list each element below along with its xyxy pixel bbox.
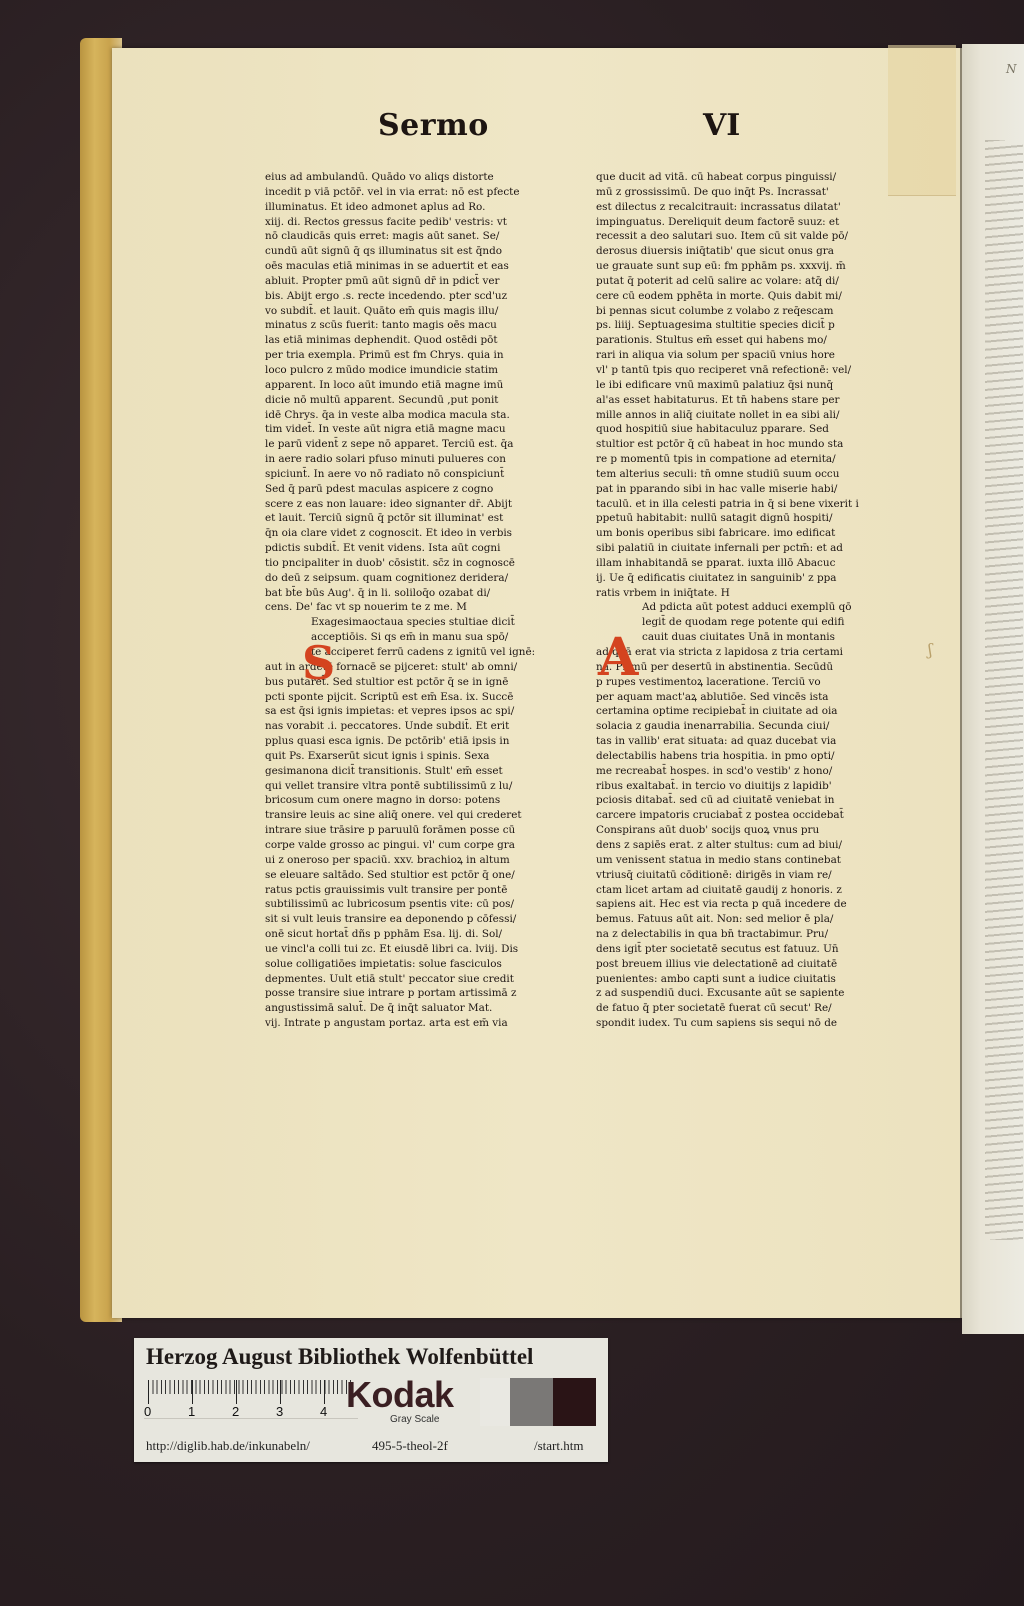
gray-swatch-white [480, 1378, 510, 1426]
red-initial-left: S [302, 640, 335, 686]
text-line: ratis vrbem in iniq̄tate. H [596, 586, 926, 601]
text-line: solue colligatiōes impietatis: solue fas… [265, 957, 587, 972]
text-line: stultior est pctōr q̄ cū habeat in hoc m… [596, 437, 926, 452]
ruler-number: 1 [188, 1404, 195, 1419]
text-line: mille annos in aliq̄ ciuitate nollet in … [596, 408, 926, 423]
text-line: cens. De' fac vt sp nouerim te z me. M [265, 600, 587, 615]
text-line: bis. Abijt ergo .s. recte incedendo. pte… [265, 289, 587, 304]
text-line: pciosis ditabat̄. sed cū ad ciuitatē ven… [596, 793, 926, 808]
ruler-major-tick [148, 1380, 149, 1404]
text-line: ij. Ue q̄ edificatis ciuitatez in sangui… [596, 571, 926, 586]
text-line: z ad suspendiū duci. Excusante aūt se sa… [596, 986, 926, 1001]
text-line: per tria exempla. Primū est fm Chrys. qu… [265, 348, 587, 363]
url-suffix: /start.htm [534, 1438, 583, 1454]
text-line: pat in pparando sibi in hac valle miseri… [596, 482, 926, 497]
text-line: ratus pctis grauissimis vult transire pe… [265, 883, 587, 898]
text-line: p rupes vestimentoꝝ laceratione. Terciū … [596, 675, 926, 690]
text-line: quit Ps. Exarserūt sicut ignis i spinis.… [265, 749, 587, 764]
text-line: pdictis subdit̄. Et venit videns. Ista a… [265, 541, 587, 556]
text-line: sa est q̄si ignis impietas: et vepres ip… [265, 704, 587, 719]
text-line: intrare siue trāsire p paruulū forāmen p… [265, 823, 587, 838]
text-line: Conspirans aūt duob' socijs quoꝝ vnus pr… [596, 823, 926, 838]
text-line: cundū aūt signū q̄ qs illuminatus sit es… [265, 244, 587, 259]
color-target-card: Herzog August Bibliothek Wolfenbüttel 0 … [134, 1338, 608, 1462]
ruler-number: 3 [276, 1404, 283, 1419]
text-line: um venissent statua in medio stans conti… [596, 853, 926, 868]
text-line: puenientes: ambo capti sunt a iudice ciu… [596, 972, 926, 987]
text-line: tim videt̄. In veste aūt nigra etiā magn… [265, 422, 587, 437]
margin-ornament-icon: ʃ [928, 640, 932, 659]
text-line: ribus exaltabat̄. in tercio vo diuitijs … [596, 779, 926, 794]
text-line: sapiens ait. Hec est via recta p quā inc… [596, 897, 926, 912]
text-line: bi pennas sicut columbe z volabo z req̄e… [596, 304, 926, 319]
text-line: transire leuis ac sine aliq̄ onere. vel … [265, 808, 587, 823]
text-line: incedit p viā pctōr̄. vel in via errat: … [265, 185, 587, 200]
text-line: impinguatus. Dereliquit deum factorē suu… [596, 215, 926, 230]
text-line: delectabilis habens tria hospitia. in pm… [596, 749, 926, 764]
text-line: se eleuare saltādo. Sed stultior est pct… [265, 868, 587, 883]
text-line: ui z oneroso per spaciū. xxv. brachioꝝ i… [265, 853, 587, 868]
grayscale-label: Gray Scale [390, 1414, 439, 1425]
text-line: Sed q̄ parū pdest maculas aspicere z cog… [265, 482, 587, 497]
text-line: recessit a deo salutari suo. Item cū sit… [596, 229, 926, 244]
text-line: gesimanona dicit̄ transitionis. Stult' e… [265, 764, 587, 779]
gutter [960, 48, 962, 1318]
text-line: in aere radio solari pfuso minuti puluer… [265, 452, 587, 467]
text-line: que ducit ad vitā. cū habeat corpus ping… [596, 170, 926, 185]
text-line: ue vincl'a colli tui zc. Et eiusdē libri… [265, 942, 587, 957]
text-column-right: que ducit ad vitā. cū habeat corpus ping… [596, 170, 926, 1031]
text-line: est dilectus z recalcitrauit: incrassatu… [596, 200, 926, 215]
text-line: ad quā erat via stricta z lapidosa z tri… [596, 645, 926, 660]
text-line: quod hospitiū siue habitaculuz pparare. … [596, 422, 926, 437]
text-line: las etiā minimas dephendit. Quod ostēdi … [265, 333, 587, 348]
text-line: onē sicut hortat̄ dñs p pphām Esa. lij. … [265, 927, 587, 942]
text-line: cauit duas ciuitates Unā in montanis [596, 630, 926, 645]
running-head-number: VI [703, 108, 740, 143]
text-line: al'as esset habitaturus. Et tn̄ habens s… [596, 393, 926, 408]
text-line: solacia z gaudia inenarrabilia. Secunda … [596, 719, 926, 734]
url-prefix: http://diglib.hab.de/inkunabeln/ [146, 1438, 310, 1454]
text-line: vij. Intrate p angustam portaz. arta est… [265, 1016, 587, 1031]
text-line: me recreabat̄ hospes. in scd'o vestib' z… [596, 764, 926, 779]
text-line: subtilissimū ac lubricosum psentis vite:… [265, 897, 587, 912]
text-line: post breuem illius vie delectationē ad c… [596, 957, 926, 972]
text-line: angustissimā salut̄. De q̄ inq̄t saluato… [265, 1001, 587, 1016]
text-line: scere z eas non lauare: ideo signanter d… [265, 497, 587, 512]
text-line: vl' p tantū tpis quo reciperet vnā refec… [596, 363, 926, 378]
text-line: vo subdit̄. et lauit. Quāto em̄ quis mag… [265, 304, 587, 319]
text-line: abluit. Propter pmū aūt signū dr̄ in pdi… [265, 274, 587, 289]
text-line: Ad pdicta aūt potest adduci exemplū qō [596, 600, 926, 615]
text-line: um bonis operibus sibi fabricare. imo ed… [596, 526, 926, 541]
text-line: pcti sponte pijcit. Scriptū est em̄ Esa.… [265, 690, 587, 705]
gray-swatch-mid [510, 1378, 553, 1426]
text-line: tas in vallib' erat situata: ad quaz duc… [596, 734, 926, 749]
text-line: posse transire siue intrare p portam art… [265, 986, 587, 1001]
ruler-number: 0 [144, 1404, 151, 1419]
text-line: do deū z seipsum. quam cognitionez derid… [265, 571, 587, 586]
text-line: bricosum cum onere magno in dorso: poten… [265, 793, 587, 808]
text-line: le parū vident̄ z sepe nō apparet. Terci… [265, 437, 587, 452]
text-line: illam inhabitandā se pparat. iuxta illō … [596, 556, 926, 571]
text-line: ps. liiij. Septuagesima stultitie specie… [596, 318, 926, 333]
facing-page-mark: N [1006, 62, 1017, 76]
text-line: de fatuo q̄ pter societatē fuerat cū sec… [596, 1001, 926, 1016]
text-line: certamina optime recipiebat̄ in ciuitate… [596, 704, 926, 719]
text-line: depmentes. Uult etiā stult' peccator siu… [265, 972, 587, 987]
red-initial-right: A [598, 632, 638, 684]
ruler-major-tick [324, 1380, 325, 1404]
text-line: legit̄ de quodam rege potente qui edifi [596, 615, 926, 630]
text-line: bemus. Fatuus aūt ait. Non: sed melior ē… [596, 912, 926, 927]
text-line: spiciunt̄. In aere vo nō radiato nō cons… [265, 467, 587, 482]
text-line: rari in aliqua via solum per spaciū vniu… [596, 348, 926, 363]
text-line: spondit iudex. Tu cum sapiens sis sequi … [596, 1016, 926, 1031]
text-line: pplus quasi esca ignis. De pctōrib' etiā… [265, 734, 587, 749]
text-line: mū z grossissimū. De quo inq̄t Ps. Incra… [596, 185, 926, 200]
text-line: carcere impatoris cruciabat̄ z postea oc… [596, 808, 926, 823]
text-line: le ibi edificare vnū maximū palatiuz q̄s… [596, 378, 926, 393]
ruler-major-tick [236, 1380, 237, 1404]
text-line: sibi palatiū in ciuitate infernali per p… [596, 541, 926, 556]
text-line: dens igit̄ pter societatē secutus est fa… [596, 942, 926, 957]
text-line: Exagesimaoctaua species stultiae dicit̄ [265, 615, 587, 630]
text-line: eius ad ambulandū. Quādo vo aliqs distor… [265, 170, 587, 185]
gray-swatch-dark [553, 1378, 596, 1426]
text-line: derosus diuersis iniq̄tatib' que sicut o… [596, 244, 926, 259]
text-line: bat bt̄e būs Aug'. q̄ in li. soliloq̄o o… [265, 586, 587, 601]
text-column-left: eius ad ambulandū. Quādo vo aliqs distor… [265, 170, 587, 1031]
facing-page-text [985, 140, 1023, 1240]
text-line: oēs maculas etiā minimas in se aduertit … [265, 259, 587, 274]
text-line: loco pulcro z mūdo modice imundicie stat… [265, 363, 587, 378]
text-line: minatus z scūs fuerit: tanto magis oēs m… [265, 318, 587, 333]
text-line: cere cū eodem pphēta in morte. Quis dabi… [596, 289, 926, 304]
library-name: Herzog August Bibliothek Wolfenbüttel [146, 1344, 533, 1370]
text-line: per aquam mact'aꝝ ablutiōe. Sed vincēs i… [596, 690, 926, 705]
ruler-number: 4 [320, 1404, 327, 1419]
measurement-ruler: 0 1 2 3 4 [144, 1380, 358, 1419]
text-line: ppetuū habitabit: nullū satagit dignū ho… [596, 511, 926, 526]
text-line: re p momentū tpis in compatione ad etern… [596, 452, 926, 467]
text-line: apparent. In loco aūt imundo etiā magne … [265, 378, 587, 393]
text-line: putat q̄ poterit ad celū salire ac volar… [596, 274, 926, 289]
text-line: illuminatus. Et ideo admonet aplus ad Ro… [265, 200, 587, 215]
text-line: na z delectabilis in qua bn̄ tractabimur… [596, 927, 926, 942]
text-line: nas vorabit .i. peccatores. Unde subdit̄… [265, 719, 587, 734]
text-line: dens z sapiēs erat. z alter stultus: cum… [596, 838, 926, 853]
text-line: nō claudicās quis erret: magis aūt sanet… [265, 229, 587, 244]
text-line: sit si vult leuis transire ea deponendo … [265, 912, 587, 927]
text-line: q̄n oia clare videt z cognoscit. Et ideo… [265, 526, 587, 541]
text-line: ue grauate sunt sup eū: fm pphām ps. xxx… [596, 259, 926, 274]
text-line: xiij. di. Rectos gressus facite pedib' v… [265, 215, 587, 230]
text-line: dicie nō multū apparent. Secundū ,put po… [265, 393, 587, 408]
ruler-major-tick [280, 1380, 281, 1404]
running-head-title: Sermo [378, 108, 489, 143]
text-line: qui vellet transire vltra pontē subtilis… [265, 779, 587, 794]
text-line: na. Primū per desertū in abstinentia. Se… [596, 660, 926, 675]
text-line: idē Chrys. q̄a in veste alba modica macu… [265, 408, 587, 423]
text-line: tem alterius seculi: tn̄ omne studiū suu… [596, 467, 926, 482]
text-line: et lauit. Terciū signū q̄ pctōr sit illu… [265, 511, 587, 526]
ruler-number: 2 [232, 1404, 239, 1419]
text-line: ctam licet artam ad ciuitatē gaudij z ho… [596, 883, 926, 898]
text-line: taculū. et in illa celesti patria in q̄ … [596, 497, 926, 512]
text-line: parationis. Stultus em̄ esset qui habens… [596, 333, 926, 348]
ruler-major-tick [192, 1380, 193, 1404]
text-line: corpe valde grosso ac pingui. vl' cum co… [265, 838, 587, 853]
text-line: vtriusq̄ ciuitatū cōditionē: dirigēs in … [596, 868, 926, 883]
kodak-logo: Kodak [346, 1374, 454, 1416]
text-line: tio pncipaliter in duob' cōsistit. sc̄z … [265, 556, 587, 571]
shelfmark: 495-5-theol-2f [372, 1438, 448, 1454]
